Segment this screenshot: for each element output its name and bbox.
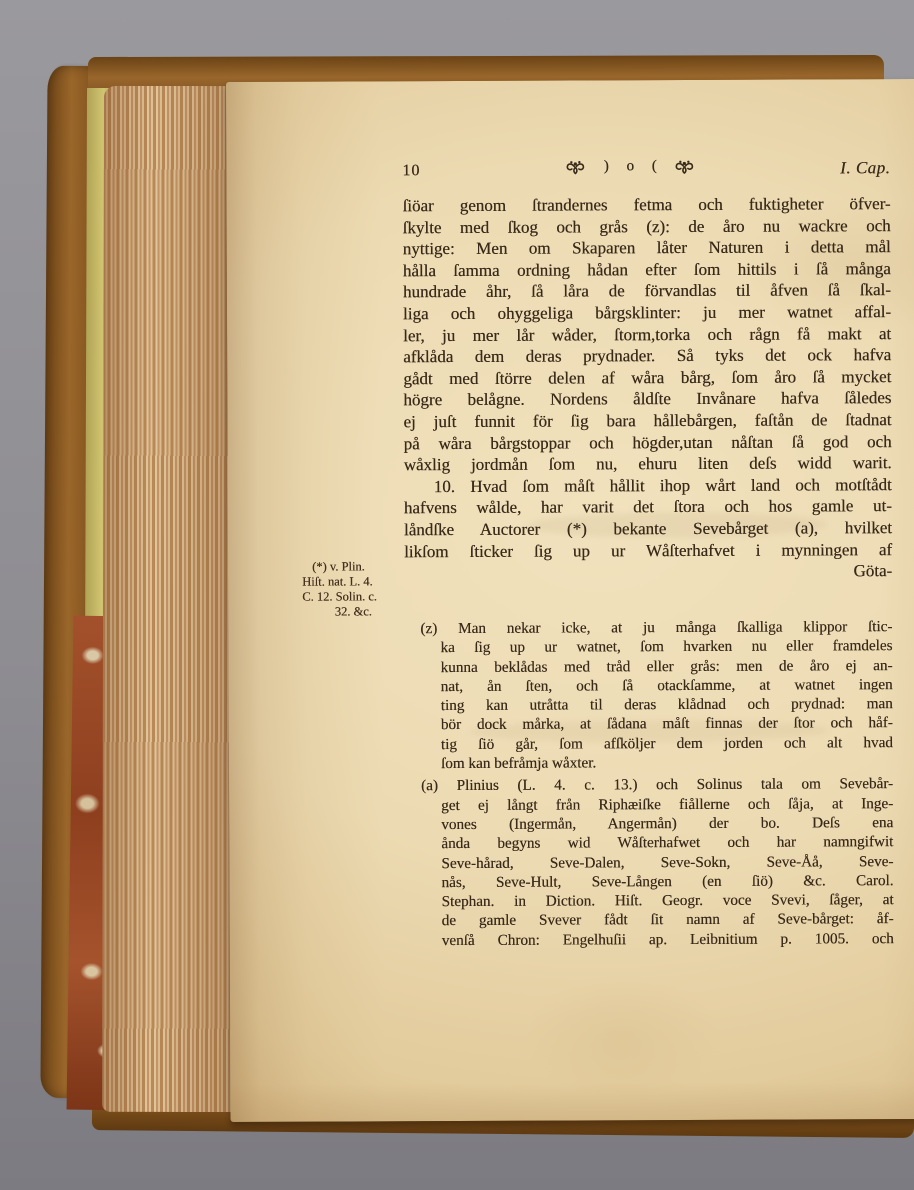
- text-line: venſå Chron: Engelhuſii ap. Leibnitium p…: [422, 929, 894, 950]
- text-line: de gamle Svever fådt ſit namn af Seve-bå…: [422, 910, 894, 931]
- book-page: 10 ) o (: [226, 79, 914, 1122]
- footnotes: (z) Man nekar icke, at ju många ſkalliga…: [420, 617, 893, 950]
- text-line: ſiöar genom ſtrandernes fetma och fuktig…: [402, 193, 890, 217]
- text-line: get ej långt från Riphæiſke fiållerne oc…: [421, 794, 893, 815]
- text-line: bör dock mårka, at ſådana måſt finnas de…: [421, 714, 893, 735]
- text-line: gådt med ſtörre delen af wåra bårg, ſom …: [403, 366, 891, 390]
- page-number: 10: [402, 162, 420, 180]
- margin-note: (*) v. Plin.Hiſt. nat. L. 4.C. 12. Solin…: [302, 559, 404, 619]
- text-line: nyttige: Men om Skaparen låter Naturen i…: [403, 236, 891, 260]
- text-line: hundrade åhr, ſå låra de förvandlas til …: [403, 279, 891, 303]
- text-block: 10 ) o (: [402, 157, 892, 584]
- text-line: C. 12. Solin. c.: [302, 589, 404, 604]
- text-line: afklåda dem deras prydnader. Så tyks det…: [403, 344, 891, 368]
- text-line: högre belågne. Nordens åldſte Invånare h…: [403, 387, 891, 411]
- ornament-brackets: ) o (: [597, 158, 664, 175]
- text-line: likſom ſticker ſig up ur Wåſterhafvet i …: [404, 539, 892, 563]
- text-line: kunna beklådas med tråd eller grås: men …: [421, 656, 893, 677]
- text-line: liga och ohyggeliga bårgsklinter: ju mer…: [403, 301, 891, 325]
- body-paragraph-2: 10. Hvad ſom måſt hållit ihop wårt land …: [404, 474, 892, 563]
- text-line: nås, Seve-Hult, Seve-Lången (en ſiö) &c.…: [421, 871, 893, 892]
- text-line: ej juſt funnit för ſig bara hållebårgen,…: [403, 409, 891, 433]
- footnote-z: (z) Man nekar icke, at ju många ſkalliga…: [420, 617, 893, 773]
- text-line: Hiſt. nat. L. 4.: [302, 574, 404, 589]
- text-line: ånda begyns wid Wåſterhafwet och har nam…: [421, 832, 893, 853]
- text-line: hafvens wålde, har varit det ſtora och h…: [404, 495, 892, 519]
- text-line: 32. &c.: [302, 604, 404, 619]
- footnote-a: (a) Plinius (L. 4. c. 13.) och Solinus t…: [421, 774, 894, 950]
- body-paragraph-1: ſiöar genom ſtrandernes fetma och fuktig…: [402, 193, 891, 476]
- catchword: Göta-: [404, 560, 892, 584]
- header-ornament: ) o (: [420, 157, 840, 176]
- text-line: tig ſiö går, ſom afſköljer dem jorden oc…: [421, 733, 893, 754]
- text-line: ting kan utråtta til deras klådnad och p…: [421, 694, 893, 715]
- fleuron-icon: [565, 159, 587, 174]
- chapter-label: I. Cap.: [840, 158, 890, 178]
- text-line: låndſke Auctorer (*) bekante Sevebårget …: [404, 517, 892, 541]
- text-line: wåxlig jordmån ſom nu, ehuru liten deſs …: [404, 452, 892, 476]
- text-line: ka ſig up ur watnet, ſom hvarken nu elle…: [420, 636, 892, 657]
- fleuron-icon: [674, 159, 696, 174]
- text-line: hålla ſamma ordning hådan efter ſom hitt…: [403, 258, 891, 282]
- text-line: ſkylte med ſkog och grås (z): de åro nu …: [403, 215, 891, 239]
- text-line: vones (Ingermån, Angermån) der bo. Deſs …: [421, 813, 893, 834]
- text-line: ler, ju mer lår wåder, ſtorm,torka och r…: [403, 323, 891, 347]
- running-header: 10 ) o (: [402, 157, 890, 185]
- text-line: ſom kan befråmja wåxter.: [421, 752, 893, 773]
- text-line: (*) v. Plin.: [302, 559, 404, 574]
- text-line: på wåra bårgstoppar och högder,utan nåſt…: [404, 431, 892, 455]
- text-line: 10. Hvad ſom måſt hållit ihop wårt land …: [404, 474, 892, 498]
- text-line: Seve-hårad, Seve-Dalen, Seve-Sokn, Seve-…: [421, 852, 893, 873]
- book-scan: 10 ) o (: [0, 0, 914, 1190]
- text-line: (z) Man nekar icke, at ju många ſkalliga…: [420, 617, 892, 638]
- text-line: Stephan. in Diction. Hiſt. Geogr. voce S…: [422, 890, 894, 911]
- text-line: nat, ån ſten, och ſå otackſamme, at watn…: [421, 675, 893, 696]
- text-line: (a) Plinius (L. 4. c. 13.) och Solinus t…: [421, 774, 893, 795]
